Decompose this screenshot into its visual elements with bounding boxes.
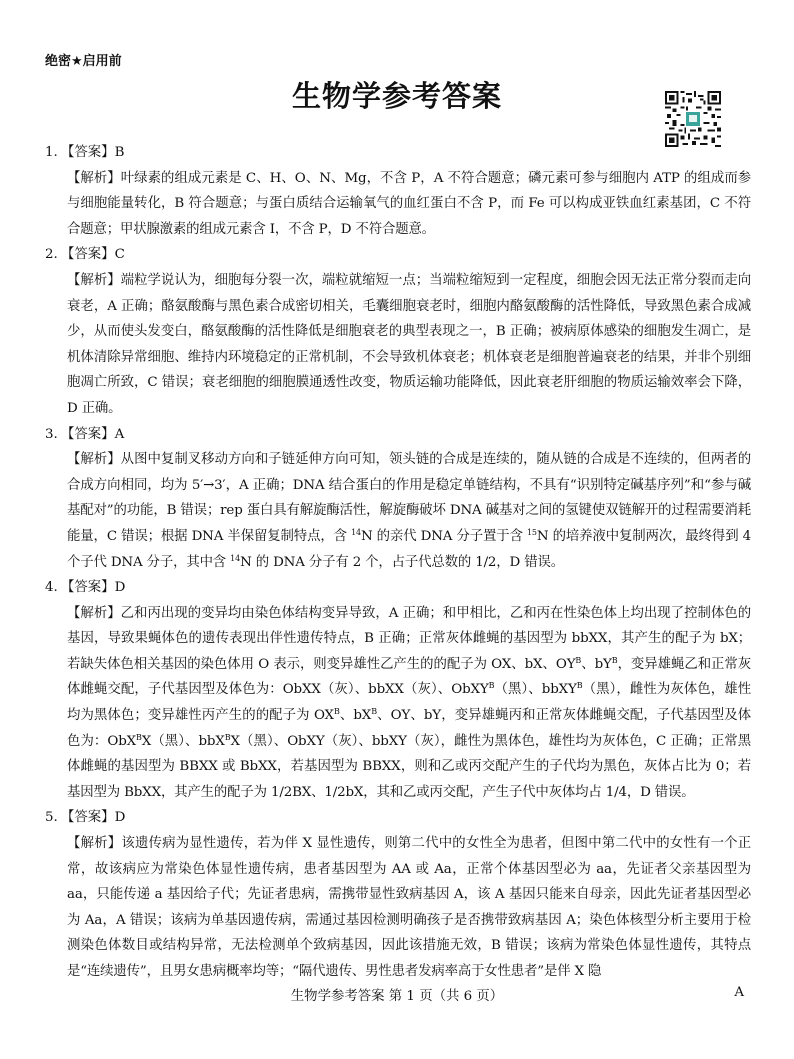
- answer-value: A: [115, 427, 125, 442]
- analysis-paragraph: 【解析】该遗传病为显性遗传，若为伴 X 显性遗传，则第二代中的女性全为患者，但图…: [45, 831, 751, 985]
- question-5: 5.【答案】D 【解析】该遗传病为显性遗传，若为伴 X 显性遗传，则第二代中的女…: [45, 805, 751, 984]
- analysis-label: 【解析】: [67, 836, 121, 851]
- paper-version: A: [734, 985, 744, 1000]
- isotope-superscript: 15: [527, 528, 537, 537]
- analysis-label: 【解析】: [67, 171, 121, 186]
- analysis-paragraph: 【解析】乙和丙出现的变异均由染色体结构变异导致，A 正确；和甲相比，乙和丙在性染…: [45, 601, 751, 806]
- answer-line: 4.【答案】D: [45, 575, 751, 601]
- analysis-paragraph: 【解析】叶绿素的组成元素是 C、H、O、N、Mg，不含 P，A 不符合题意；磷元…: [45, 166, 751, 243]
- question-2: 2.【答案】C 【解析】端粒学说认为，细胞每分裂一次，端粒就缩短一点；当端粒缩短…: [45, 242, 751, 421]
- analysis-paragraph: 【解析】从图中复制叉移动方向和子链延伸方向可知，领头链的合成是连续的，随从链的合…: [45, 447, 751, 575]
- qr-code-icon: [665, 91, 721, 147]
- question-4: 4.【答案】D 【解析】乙和丙出现的变异均由染色体结构变异导致，A 正确；和甲相…: [45, 575, 751, 805]
- answer-line: 3.【答案】A: [45, 422, 751, 448]
- isotope-superscript: 14: [351, 528, 361, 537]
- answer-value: B: [115, 145, 125, 160]
- answer-value: D: [115, 580, 126, 595]
- answer-label: 【答案】: [61, 810, 115, 825]
- analysis-label: 【解析】: [67, 606, 121, 621]
- answer-line: 2.【答案】C: [45, 242, 751, 268]
- confidential-label: 绝密★启用前: [45, 50, 122, 69]
- answer-line: 1.【答案】B: [45, 140, 751, 166]
- analysis-label: 【解析】: [67, 273, 121, 288]
- question-1: 1.【答案】B 【解析】叶绿素的组成元素是 C、H、O、N、Mg，不含 P，A …: [45, 140, 751, 242]
- answer-label: 【答案】: [61, 145, 115, 160]
- answer-label: 【答案】: [61, 247, 115, 262]
- page-footer: 生物学参考答案 第 1 页（共 6 页）: [0, 985, 794, 1004]
- isotope-superscript: 14: [230, 554, 240, 563]
- analysis-paragraph: 【解析】端粒学说认为，细胞每分裂一次，端粒就缩短一点；当端粒缩短到一定程度，细胞…: [45, 268, 751, 422]
- analysis-label: 【解析】: [67, 452, 121, 467]
- answer-line: 5.【答案】D: [45, 805, 751, 831]
- answer-value: D: [115, 810, 126, 825]
- answer-label: 【答案】: [61, 427, 115, 442]
- answer-label: 【答案】: [61, 580, 115, 595]
- question-3: 3.【答案】A 【解析】从图中复制叉移动方向和子链延伸方向可知，领头链的合成是连…: [45, 422, 751, 576]
- answer-list: 1.【答案】B 【解析】叶绿素的组成元素是 C、H、O、N、Mg，不含 P，A …: [45, 140, 751, 985]
- answer-value: C: [115, 247, 125, 262]
